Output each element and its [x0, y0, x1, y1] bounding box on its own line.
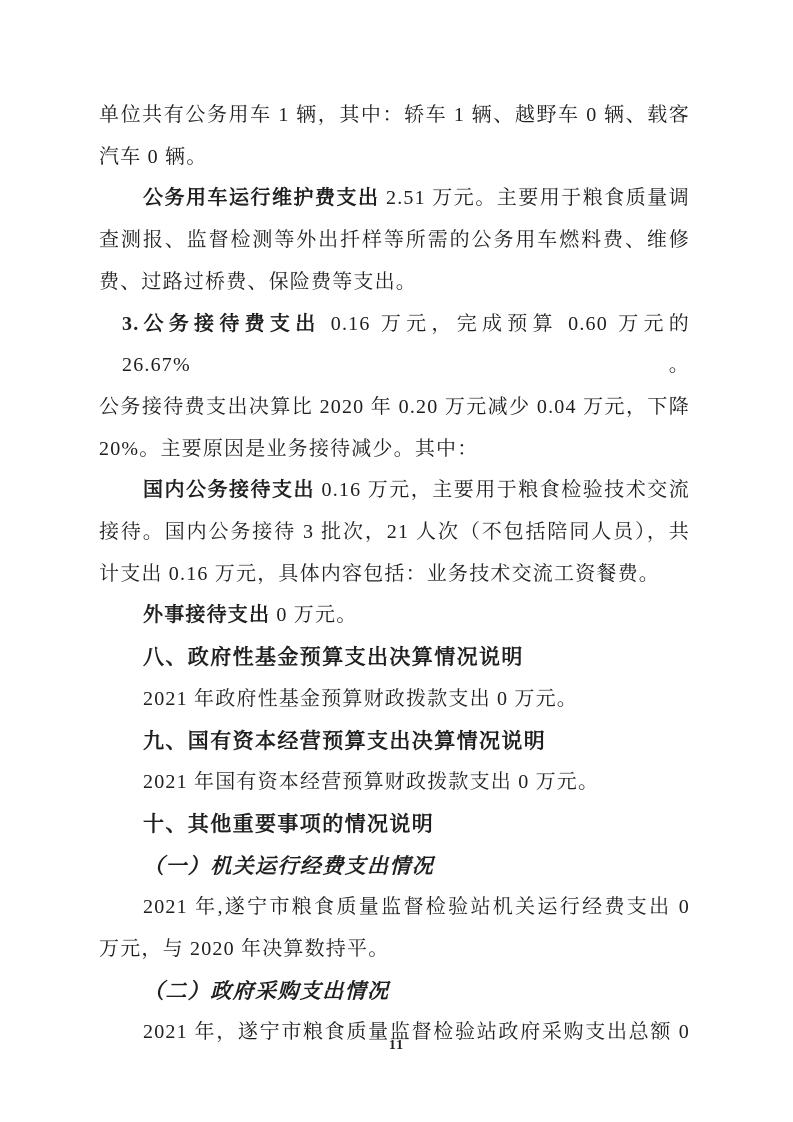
para-state-capital-budget: 2021 年国有资本经营预算财政拨款支出 0 万元。: [99, 762, 690, 804]
para-operating-funds-line-2: 万元，与 2020 年决算数持平。: [99, 929, 690, 971]
heading-section-10: 十、其他重要事项的情况说明: [99, 804, 690, 846]
para-official-vehicles-line-2: 汽车 0 辆。: [99, 137, 690, 179]
para-reception-expense-line-2: 公务接待费支出决算比 2020 年 0.20 万元减少 0.04 万元，下降: [99, 387, 690, 429]
para-vehicle-maintenance-line-2: 查测报、监督检测等外出扦样等所需的公务用车燃料费、维修: [99, 220, 690, 262]
heading-section-8: 八、政府性基金预算支出决算情况说明: [99, 637, 690, 679]
para-operating-funds-line-1: 2021 年,遂宁市粮食质量监督检验站机关运行经费支出 0: [99, 887, 690, 929]
para-reception-expense-line-3: 20%。主要原因是业务接待减少。其中：: [99, 429, 690, 471]
para-gov-fund-budget: 2021 年政府性基金预算财政拨款支出 0 万元。: [99, 679, 690, 721]
para-domestic-reception-line-2: 接待。国内公务接待 3 批次，21 人次（不包括陪同人员），共: [99, 512, 690, 554]
page-number-label: 11: [0, 1038, 793, 1054]
para-foreign-reception: 外事接待支出 0 万元。: [99, 595, 690, 637]
line-text: 2.51 万元。主要用于粮食质量调: [380, 187, 691, 209]
line-text: 0 万元。: [270, 604, 357, 626]
bold-lead-foreign-reception: 外事接待支出: [143, 604, 270, 626]
para-vehicle-maintenance-line-1: 公务用车运行维护费支出 2.51 万元。主要用于粮食质量调: [99, 178, 690, 220]
bold-lead-vehicle-maintenance: 公务用车运行维护费支出: [143, 187, 380, 209]
para-reception-expense-line-1: 3.公务接待费支出 0.16 万元，完成预算 0.60 万元的 26.67%。: [99, 304, 690, 387]
document-body: 单位共有公务用车 1 辆，其中：轿车 1 辆、越野车 0 辆、载客 汽车 0 辆…: [99, 95, 690, 1054]
para-domestic-reception-line-3: 计支出 0.16 万元，具体内容包括：业务技术交流工资餐费。: [99, 554, 690, 596]
document-page: 单位共有公务用车 1 辆，其中：轿车 1 辆、越野车 0 辆、载客 汽车 0 辆…: [0, 0, 793, 1122]
bold-lead-reception-expense: 3.公务接待费支出: [122, 313, 320, 335]
subheading-10-2-procurement: （二）政府采购支出情况: [99, 971, 690, 1013]
bold-lead-domestic-reception: 国内公务接待支出: [143, 479, 315, 501]
para-vehicle-maintenance-line-3: 费、过路过桥费、保险费等支出。: [99, 262, 690, 304]
para-official-vehicles-line-1: 单位共有公务用车 1 辆，其中：轿车 1 辆、越野车 0 辆、载客: [99, 95, 690, 137]
line-text: 0.16 万元，主要用于粮食检验技术交流: [315, 479, 690, 501]
para-domestic-reception-line-1: 国内公务接待支出 0.16 万元，主要用于粮食检验技术交流: [99, 470, 690, 512]
heading-section-9: 九、国有资本经营预算支出决算情况说明: [99, 721, 690, 763]
subheading-10-1-operating-funds: （一）机关运行经费支出情况: [99, 846, 690, 888]
